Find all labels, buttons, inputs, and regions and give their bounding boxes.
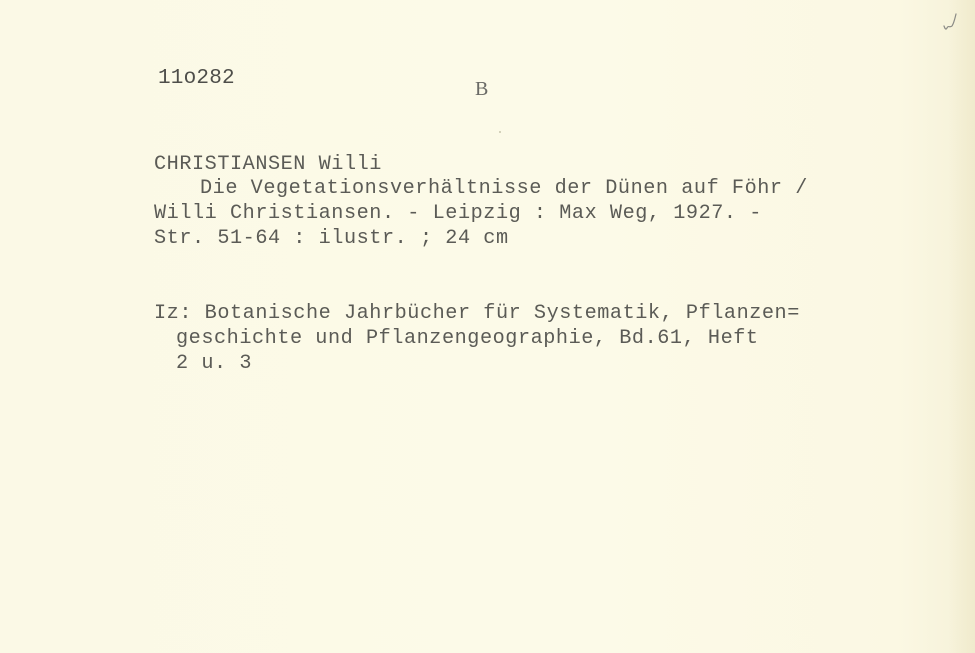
physical-description-line: Str. 51-64 : ilustr. ; 24 cm — [154, 228, 509, 250]
publication-line: Willi Christiansen. - Leipzig : Max Weg,… — [154, 203, 762, 225]
call-number: 11o282 — [158, 68, 235, 90]
location-code: B — [475, 78, 489, 100]
title-line: Die Vegetationsverhältnisse der Dünen au… — [200, 178, 808, 200]
catalog-card: 11o282 B CHRISTIANSEN Willi Die Vegetati… — [0, 0, 975, 653]
source-note-line-1: Iz: Botanische Jahrbücher für Systematik… — [154, 303, 800, 325]
source-note-line-3: 2 u. 3 — [176, 353, 252, 375]
card-edge-shadow — [949, 0, 975, 653]
check-mark-icon — [942, 10, 960, 34]
author-heading: CHRISTIANSEN Willi — [154, 154, 382, 176]
source-note-line-2: geschichte und Pflanzengeographie, Bd.61… — [176, 328, 759, 350]
paper-speck — [499, 131, 501, 133]
